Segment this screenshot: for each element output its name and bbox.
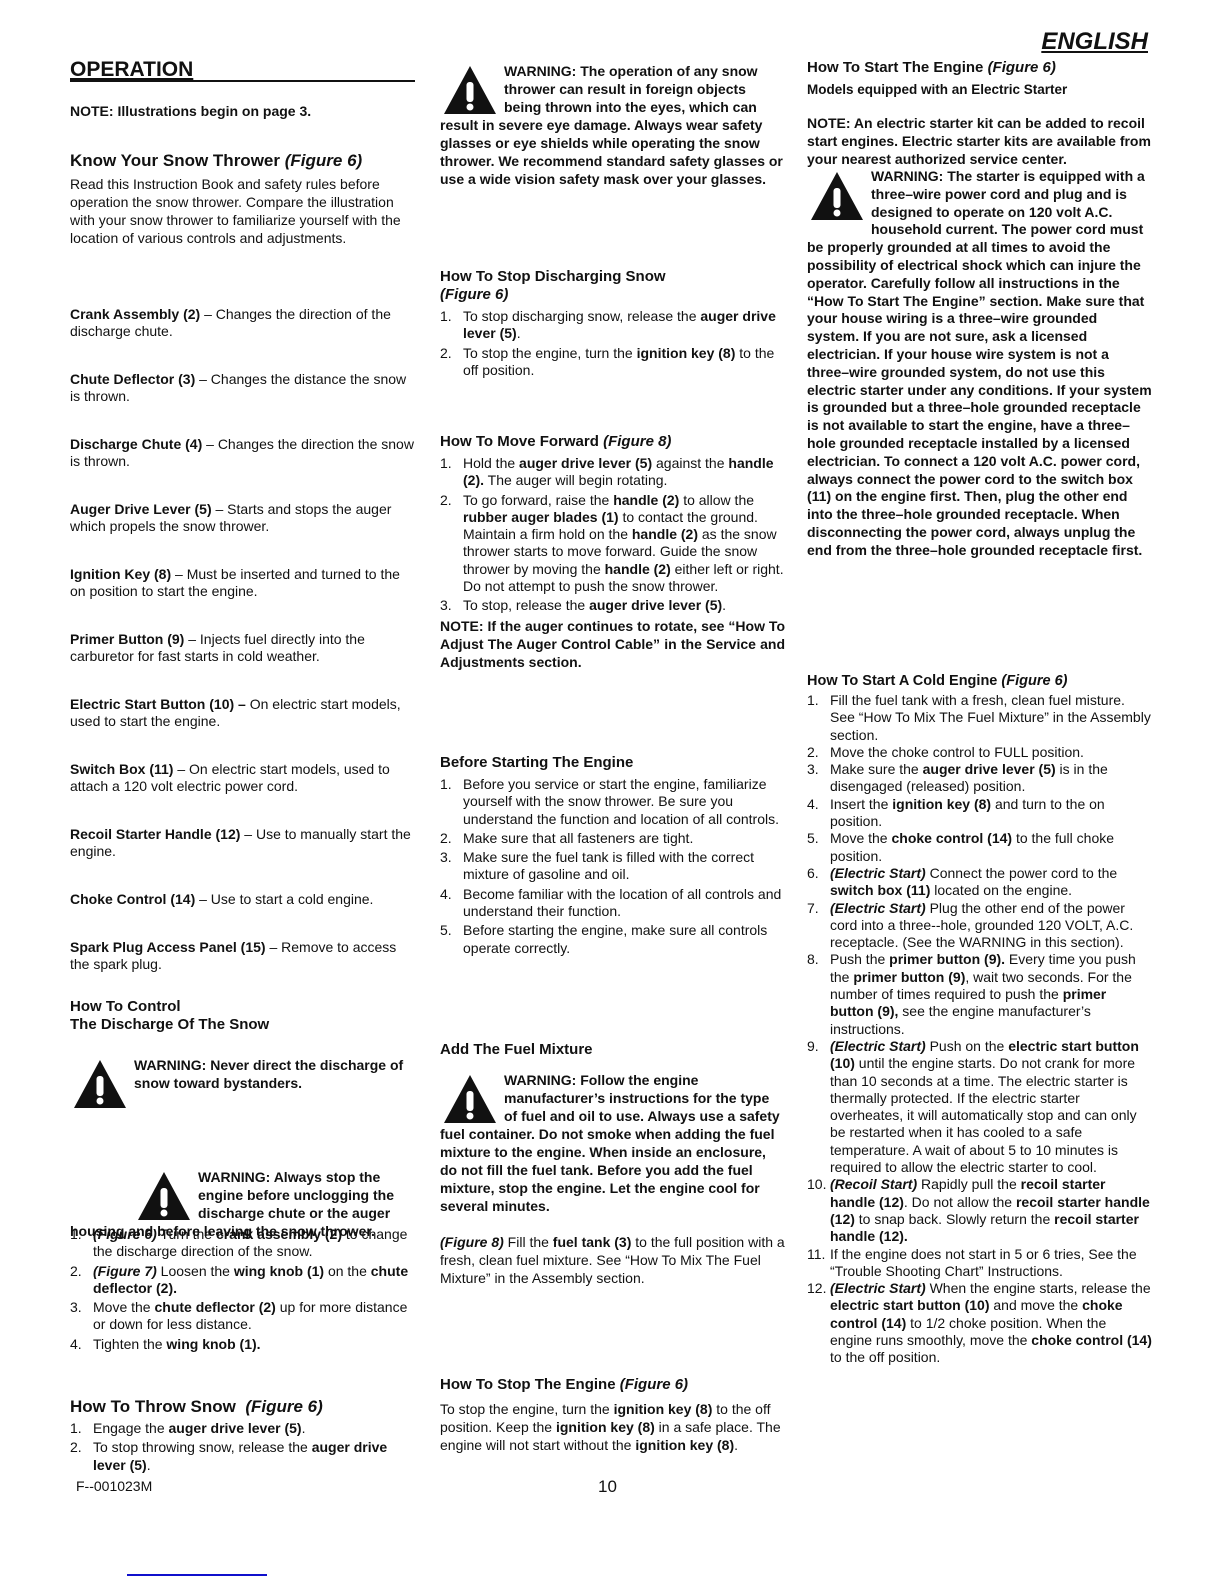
step: 10.(Recoil Start) Rapidly pull the recoi… — [807, 1176, 1152, 1245]
warning-electrical: WARNING: The starter is equipped with a … — [807, 168, 1152, 560]
part-item: Choke Control (14) – Use to start a cold… — [70, 891, 416, 939]
stop-discharge-steps: 1.To stop discharging snow, release the … — [440, 308, 785, 379]
before-starting-steps: 1.Before you service or start the engine… — [440, 776, 785, 957]
part-item: Switch Box (11) – On electric start mode… — [70, 761, 416, 826]
document-code: F--001023M — [76, 1478, 152, 1494]
column-middle: WARNING: The operation of any snow throw… — [440, 0, 785, 126]
stop-discharging-section: How To Stop Discharging Snow (Figure 6) … — [440, 268, 785, 381]
part-item: Recoil Starter Handle (12) – Use to manu… — [70, 826, 416, 891]
section-heading: Before Starting The Engine — [440, 754, 785, 772]
column-left: NOTE: Illustrations begin on page 3. Kno… — [70, 0, 416, 108]
step: 2.Move the choke control to FULL positio… — [807, 744, 1152, 761]
step: 2.To go forward, raise the handle (2) to… — [440, 492, 785, 596]
step: 4.Tighten the wing knob (1). — [70, 1336, 416, 1353]
step: 9.(Electric Start) Push on the electric … — [807, 1038, 1152, 1176]
section-heading: Know Your Snow Thrower (Figure 6) — [70, 151, 416, 171]
step: 4.Become familiar with the location of a… — [440, 886, 785, 921]
warning-triangle-icon — [442, 64, 498, 116]
start-engine-section: How To Start The Engine (Figure 6) Model… — [807, 59, 1152, 560]
section-heading: How To Start A Cold Engine (Figure 6) — [807, 673, 1152, 690]
part-item: Crank Assembly (2) – Changes the directi… — [70, 306, 416, 371]
part-item: Ignition Key (8) – Must be inserted and … — [70, 566, 416, 631]
fuel-mixture-section: Add The Fuel Mixture WARNING: Follow the… — [440, 1041, 785, 1287]
know-body: Read this Instruction Book and safety ru… — [70, 175, 416, 247]
warning-bystanders: WARNING: Never direct the discharge of s… — [70, 1056, 416, 1092]
step: 1.Engage the auger drive lever (5). — [70, 1420, 416, 1437]
step: 1.Fill the fuel tank with a fresh, clean… — [807, 692, 1152, 744]
before-starting-section: Before Starting The Engine 1.Before you … — [440, 754, 785, 959]
section-heading: How To Throw Snow (Figure 6) — [70, 1397, 416, 1417]
step: 1.Hold the auger drive lever (5) against… — [440, 455, 785, 490]
electric-starter-subtitle: Models equipped with an Electric Starter — [807, 81, 1152, 98]
auger-note: NOTE: If the auger continues to rotate, … — [440, 617, 785, 671]
part-item: Spark Plug Access Panel (15) – Remove to… — [70, 939, 416, 973]
step: 6.(Electric Start) Connect the power cor… — [807, 865, 1152, 900]
part-item: Chute Deflector (3) – Changes the distan… — [70, 371, 416, 436]
section-heading: How To Stop Discharging Snow — [440, 268, 785, 286]
footer-link-underline[interactable] — [127, 1574, 267, 1576]
move-forward-steps: 1.Hold the auger drive lever (5) against… — [440, 455, 785, 615]
illustrations-note: NOTE: Illustrations begin on page 3. — [70, 103, 311, 120]
step: 11.If the engine does not start in 5 or … — [807, 1246, 1152, 1281]
page-number: 10 — [598, 1477, 617, 1497]
know-your-snow-thrower-section: Know Your Snow Thrower (Figure 6) Read t… — [70, 151, 416, 247]
step: 2.(Figure 7) Loosen the wing knob (1) on… — [70, 1263, 416, 1298]
part-item: Primer Button (9) – Injects fuel directl… — [70, 631, 416, 696]
part-item: Electric Start Button (10) – On electric… — [70, 696, 416, 761]
warning-triangle-icon — [442, 1073, 498, 1125]
step: 12.(Electric Start) When the engine star… — [807, 1280, 1152, 1366]
step: 1.To stop discharging snow, release the … — [440, 308, 785, 343]
part-item: Discharge Chute (4) – Changes the direct… — [70, 436, 416, 501]
figure-ref: (Figure 6) — [440, 286, 785, 304]
step: 4.Insert the ignition key (8) and turn t… — [807, 796, 1152, 831]
section-heading: How To Move Forward (Figure 8) — [440, 433, 785, 451]
starter-kit-note: NOTE: An electric starter kit can be add… — [807, 114, 1152, 168]
step: 5.Before starting the engine, make sure … — [440, 922, 785, 957]
step: 3.Move the chute deflector (2) up for mo… — [70, 1299, 416, 1334]
section-heading: How To Start The Engine (Figure 6) — [807, 59, 1152, 77]
warning-triangle-icon — [136, 1170, 192, 1222]
step: 2.To stop throwing snow, release the aug… — [70, 1439, 416, 1474]
language-label: ENGLISH — [1041, 28, 1148, 56]
part-item: Auger Drive Lever (5) – Starts and stops… — [70, 501, 416, 566]
warning-fuel: WARNING: Follow the engine manufacturer’… — [440, 1071, 785, 1215]
move-forward-section: How To Move Forward (Figure 8) 1.Hold th… — [440, 433, 785, 671]
section-heading: The Discharge Of The Snow — [70, 1016, 416, 1034]
fuel-instructions: (Figure 8) Fill the fuel tank (3) to the… — [440, 1233, 785, 1287]
control-steps: 1.(Figure 6) Turn the crank assembly (2)… — [70, 1226, 416, 1355]
stop-engine-body: To stop the engine, turn the ignition ke… — [440, 1400, 785, 1454]
section-heading: How To Stop The Engine (Figure 6) — [440, 1376, 785, 1394]
warning-triangle-icon — [809, 170, 865, 222]
stop-engine-section: How To Stop The Engine (Figure 6) To sto… — [440, 1376, 785, 1454]
throw-steps: 1.Engage the auger drive lever (5). 2.To… — [70, 1420, 416, 1474]
cold-engine-steps: 1.Fill the fuel tank with a fresh, clean… — [807, 692, 1152, 1367]
step: 5.Move the choke control (14) to the ful… — [807, 830, 1152, 865]
step: 7.(Electric Start) Plug the other end of… — [807, 900, 1152, 952]
cold-engine-section: How To Start A Cold Engine (Figure 6) 1.… — [807, 673, 1152, 1367]
warning-eye-protection: WARNING: The operation of any snow throw… — [440, 62, 785, 188]
step: 1.(Figure 6) Turn the crank assembly (2)… — [70, 1226, 416, 1261]
step: 2.Make sure that all fasteners are tight… — [440, 830, 785, 847]
step: 8.Push the primer button (9). Every time… — [807, 951, 1152, 1037]
throw-snow-section: How To Throw Snow (Figure 6) 1.Engage th… — [70, 1397, 416, 1476]
control-discharge-section: How To Control The Discharge Of The Snow — [70, 998, 416, 1034]
step: 3.Make sure the auger drive lever (5) is… — [807, 761, 1152, 796]
step: 3.Make sure the fuel tank is filled with… — [440, 849, 785, 884]
section-heading: How To Control — [70, 998, 416, 1016]
parts-list: Crank Assembly (2) – Changes the directi… — [70, 306, 416, 973]
step: 3.To stop, release the auger drive lever… — [440, 597, 785, 614]
section-heading: Add The Fuel Mixture — [440, 1041, 785, 1059]
warning-triangle-icon — [72, 1058, 128, 1110]
step: 2.To stop the engine, turn the ignition … — [440, 345, 785, 380]
step: 1.Before you service or start the engine… — [440, 776, 785, 828]
